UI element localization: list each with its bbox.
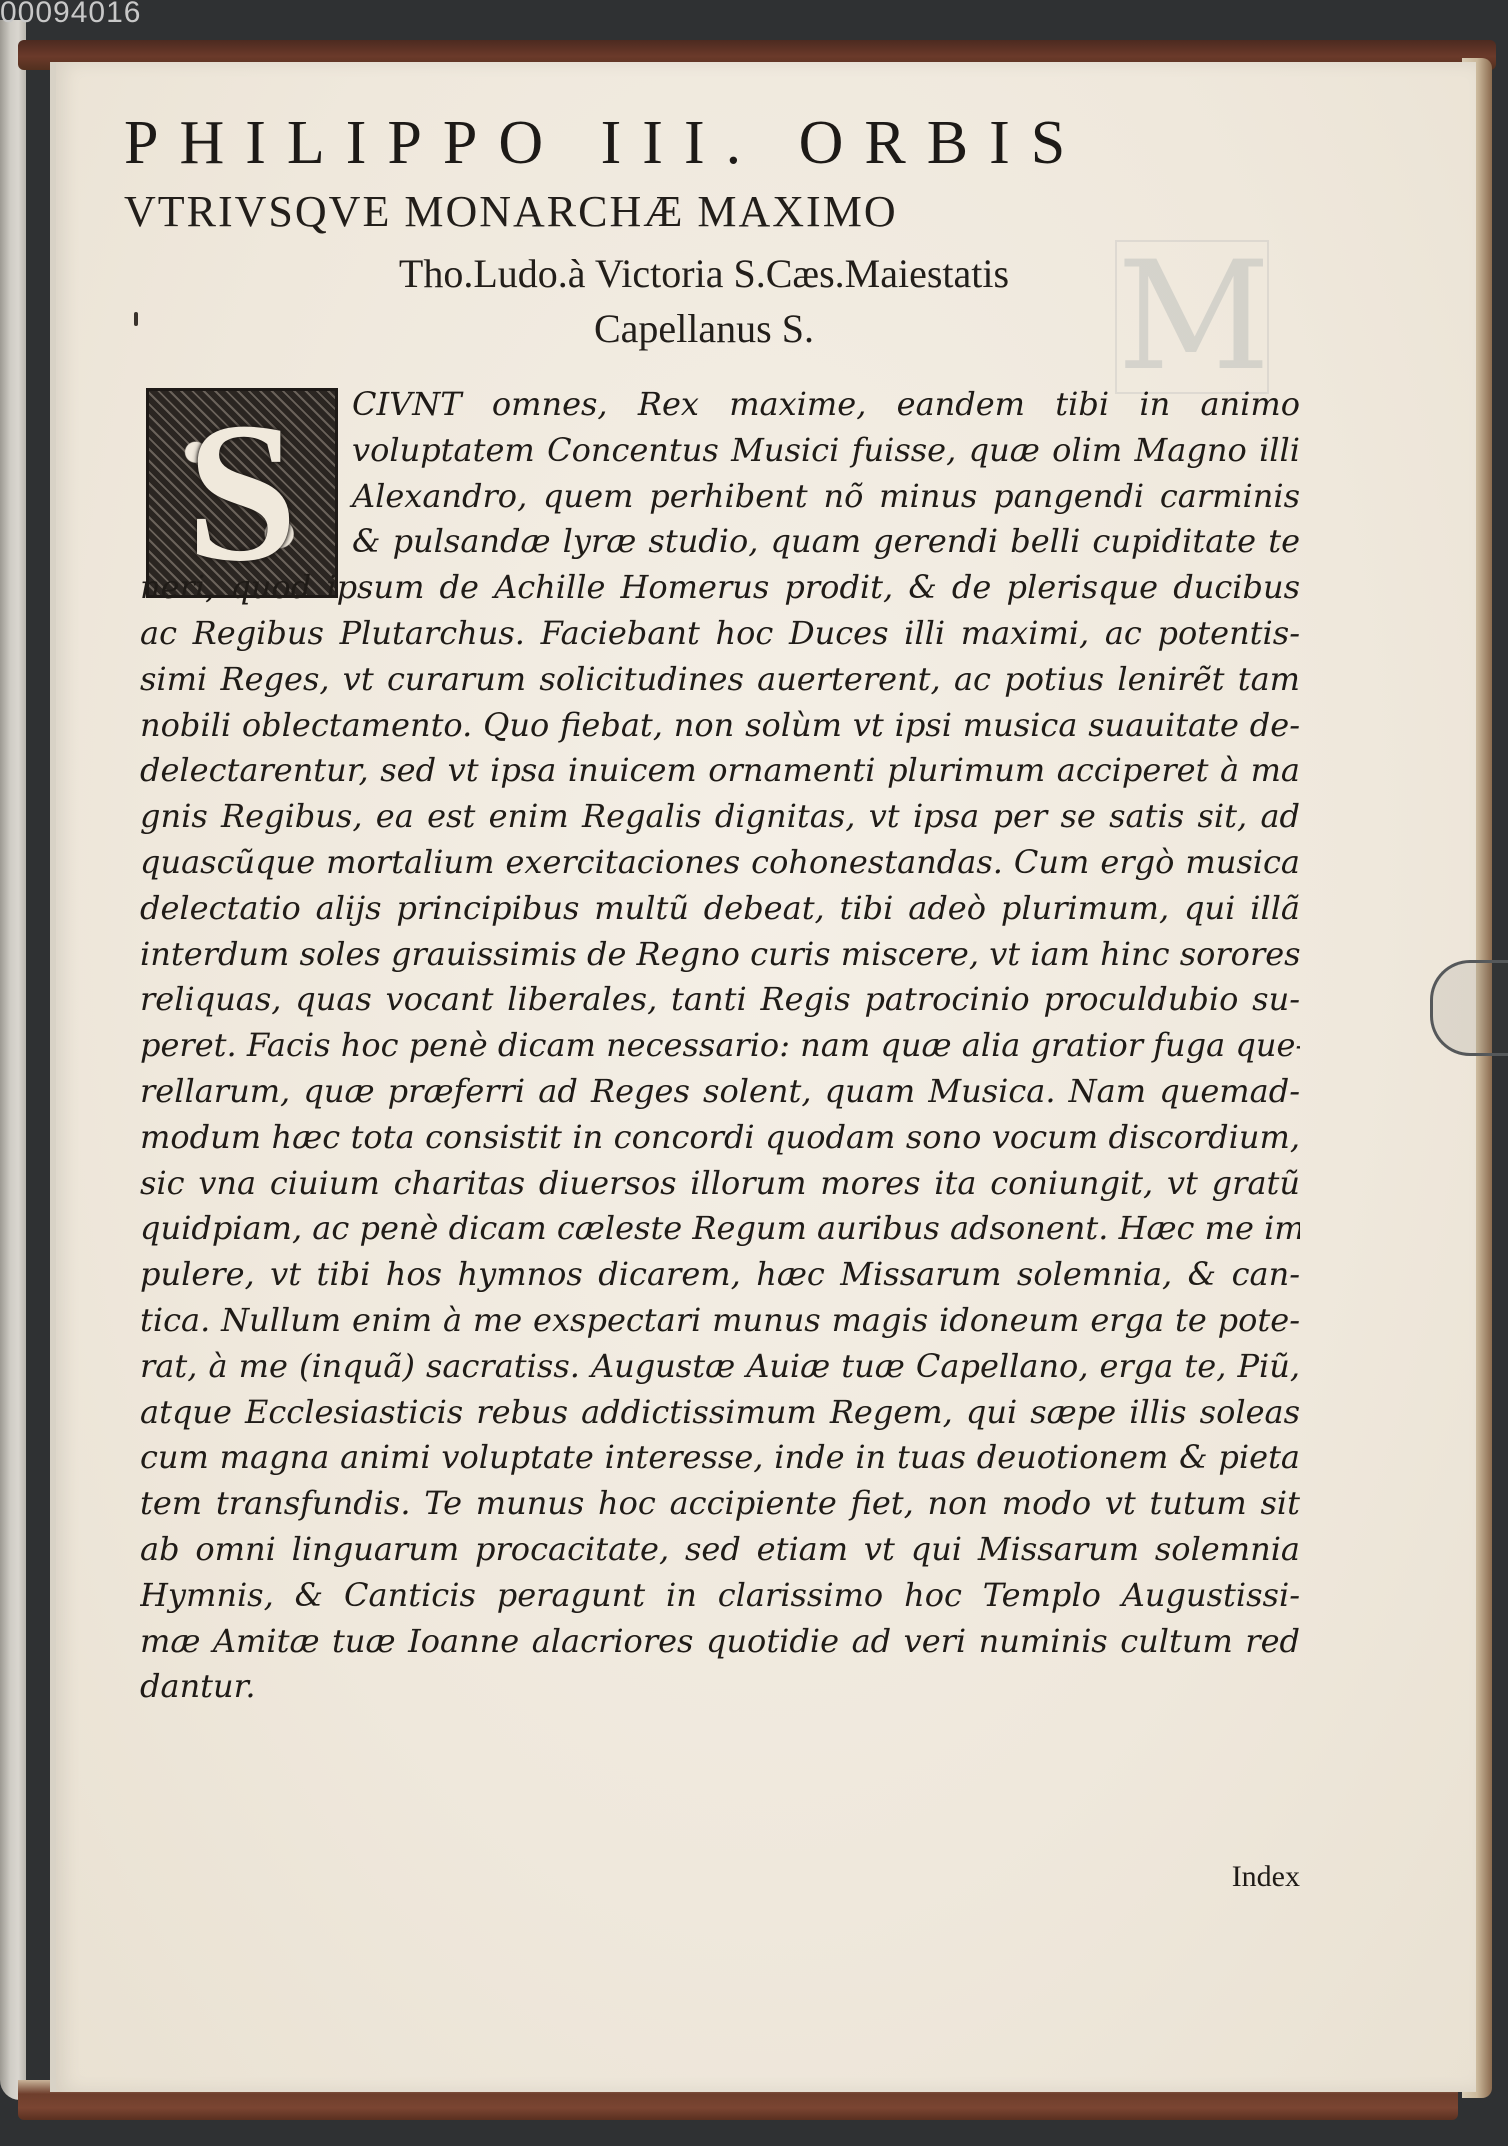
- text-line: sic vna ciuium charitas diuersos illorum…: [140, 1161, 1300, 1207]
- heading-line-3: Tho.Ludo.à Victoria S.Cæs.Maiestatis: [124, 250, 1284, 297]
- text-line: rat, à me (inquã) sacratiss. Augustæ Aui…: [140, 1344, 1300, 1390]
- heading-line-2: VTRIVSQVE MONARCHÆ MAXIMO: [124, 186, 1284, 237]
- book-spine-left-page-edge: [0, 20, 26, 2100]
- text-line: & pulsandæ lyræ studio, quam gerendi bel…: [140, 519, 1300, 565]
- text-line: simi Reges, vt curarum solicitudines aue…: [140, 657, 1300, 703]
- heading-line-1: PHILIPPO III. ORBIS: [124, 108, 1284, 179]
- heading-line-4: Capellanus S.: [124, 305, 1284, 352]
- dedication-text: CIVNT omnes, Rex maxime, eandem tibi in …: [140, 382, 1300, 1710]
- text-line: peret. Facis hoc penè dicam necessario: …: [140, 1023, 1300, 1069]
- scan-identifier: 00094016: [0, 0, 141, 30]
- text-line: tem transfundis. Te munus hoc accipiente…: [140, 1481, 1300, 1527]
- text-line: Alexandro, quem perhibent nõ minus pange…: [140, 474, 1300, 520]
- text-line: neri, quod ipsum de Achille Homerus prod…: [140, 565, 1300, 611]
- text-line: Hymnis, & Canticis peragunt in clarissim…: [140, 1573, 1300, 1619]
- text-line: modum hæc tota consistit in concordi quo…: [140, 1115, 1300, 1161]
- text-line: mæ Amitæ tuæ Ioanne alacriores quotidie …: [140, 1619, 1300, 1665]
- catchword: Index: [1190, 1860, 1300, 1894]
- text-line: rellarum, quæ præferri ad Reges solent, …: [140, 1069, 1300, 1115]
- text-line: atque Ecclesiasticis rebus addictissimum…: [140, 1390, 1300, 1436]
- text-line: quidpiam, ac penè dicam cæleste Regum au…: [140, 1206, 1300, 1252]
- text-line: nobili oblectamento. Quo fiebat, non sol…: [140, 703, 1300, 749]
- text-line: gnis Regibus, ea est enim Regalis dignit…: [140, 794, 1300, 840]
- text-line: quascũque mortalium exercitaciones cohon…: [140, 840, 1300, 886]
- page-clip: [1430, 960, 1508, 1056]
- text-line: ab omni linguarum procacitate, sed etiam…: [140, 1527, 1300, 1573]
- text-line: delectarentur, sed vt ipsa inuicem ornam…: [140, 748, 1300, 794]
- text-line: reliquas, quas vocant liberales, tanti R…: [140, 977, 1300, 1023]
- text-line: delectatio alijs principibus multũ debea…: [140, 886, 1300, 932]
- text-line: cum magna animi voluptate interesse, ind…: [140, 1435, 1300, 1481]
- text-line: interdum soles grauissimis de Regno curi…: [140, 932, 1300, 978]
- text-line: CIVNT omnes, Rex maxime, eandem tibi in …: [140, 382, 1300, 428]
- text-line: tica. Nullum enim à me exspectari munus …: [140, 1298, 1300, 1344]
- text-line: voluptatem Concentus Musici fuisse, quæ …: [140, 428, 1300, 474]
- text-line: dantur.: [140, 1664, 1300, 1710]
- text-line: ac Regibus Plutarchus. Faciebant hoc Duc…: [140, 611, 1300, 657]
- ink-mark: [134, 312, 138, 326]
- text-line: pulere, vt tibi hos hymnos dicarem, hæc …: [140, 1252, 1300, 1298]
